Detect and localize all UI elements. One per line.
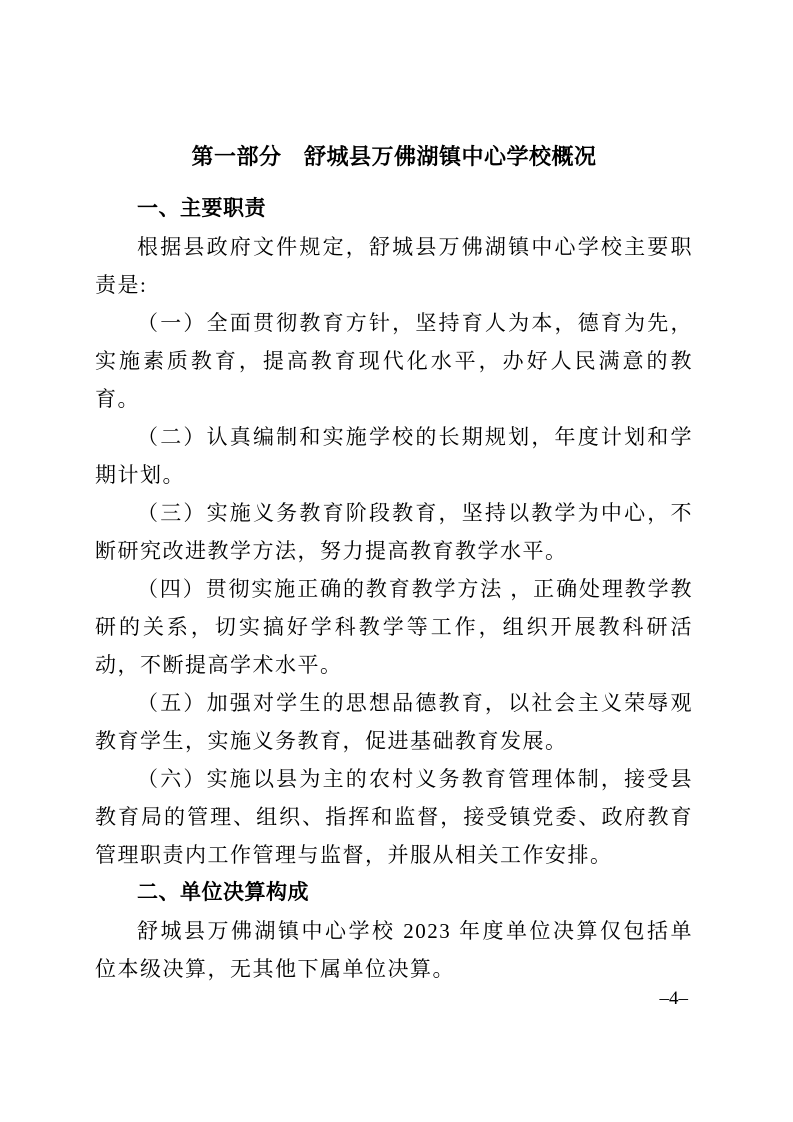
section-heading-main-duties: 一、主要职责	[95, 190, 693, 228]
paragraph-duty-3: （三）实施义务教育阶段教育，坚持以教学为中心，不断研究改进教学方法，努力提高教育…	[95, 494, 693, 570]
paragraph-duty-4: （四）贯彻实施正确的教育教学方法 ，正确处理教学教研的关系，切实搞好学科教学等工…	[95, 570, 693, 684]
paragraph-duty-5: （五）加强对学生的思想品德教育，以社会主义荣辱观教育学生，实施义务教育，促进基础…	[95, 684, 693, 760]
paragraph-duty-1: （一）全面贯彻教育方针，坚持育人为本，德育为先，实施素质教育，提高教育现代化水平…	[95, 304, 693, 418]
paragraph-budget-composition: 舒城县万佛湖镇中心学校 2023 年度单位决算仅包括单位本级决算，无其他下属单位…	[95, 912, 693, 988]
page-number: –4–	[660, 988, 689, 1010]
section-heading-budget-composition: 二、单位决算构成	[95, 874, 693, 912]
paragraph-duty-6: （六）实施以县为主的农村义务教育管理体制，接受县教育局的管理、组织、指挥和监督，…	[95, 760, 693, 874]
paragraph-duty-2: （二）认真编制和实施学校的长期规划，年度计划和学期计划。	[95, 418, 693, 494]
document-page: 第一部分 舒城县万佛湖镇中心学校概况 一、主要职责 根据县政府文件规定，舒城县万…	[0, 0, 793, 1122]
document-title: 第一部分 舒城县万佛湖镇中心学校概况	[95, 142, 693, 172]
paragraph-intro: 根据县政府文件规定，舒城县万佛湖镇中心学校主要职责是:	[95, 228, 693, 304]
document-content: 第一部分 舒城县万佛湖镇中心学校概况 一、主要职责 根据县政府文件规定，舒城县万…	[95, 142, 693, 988]
